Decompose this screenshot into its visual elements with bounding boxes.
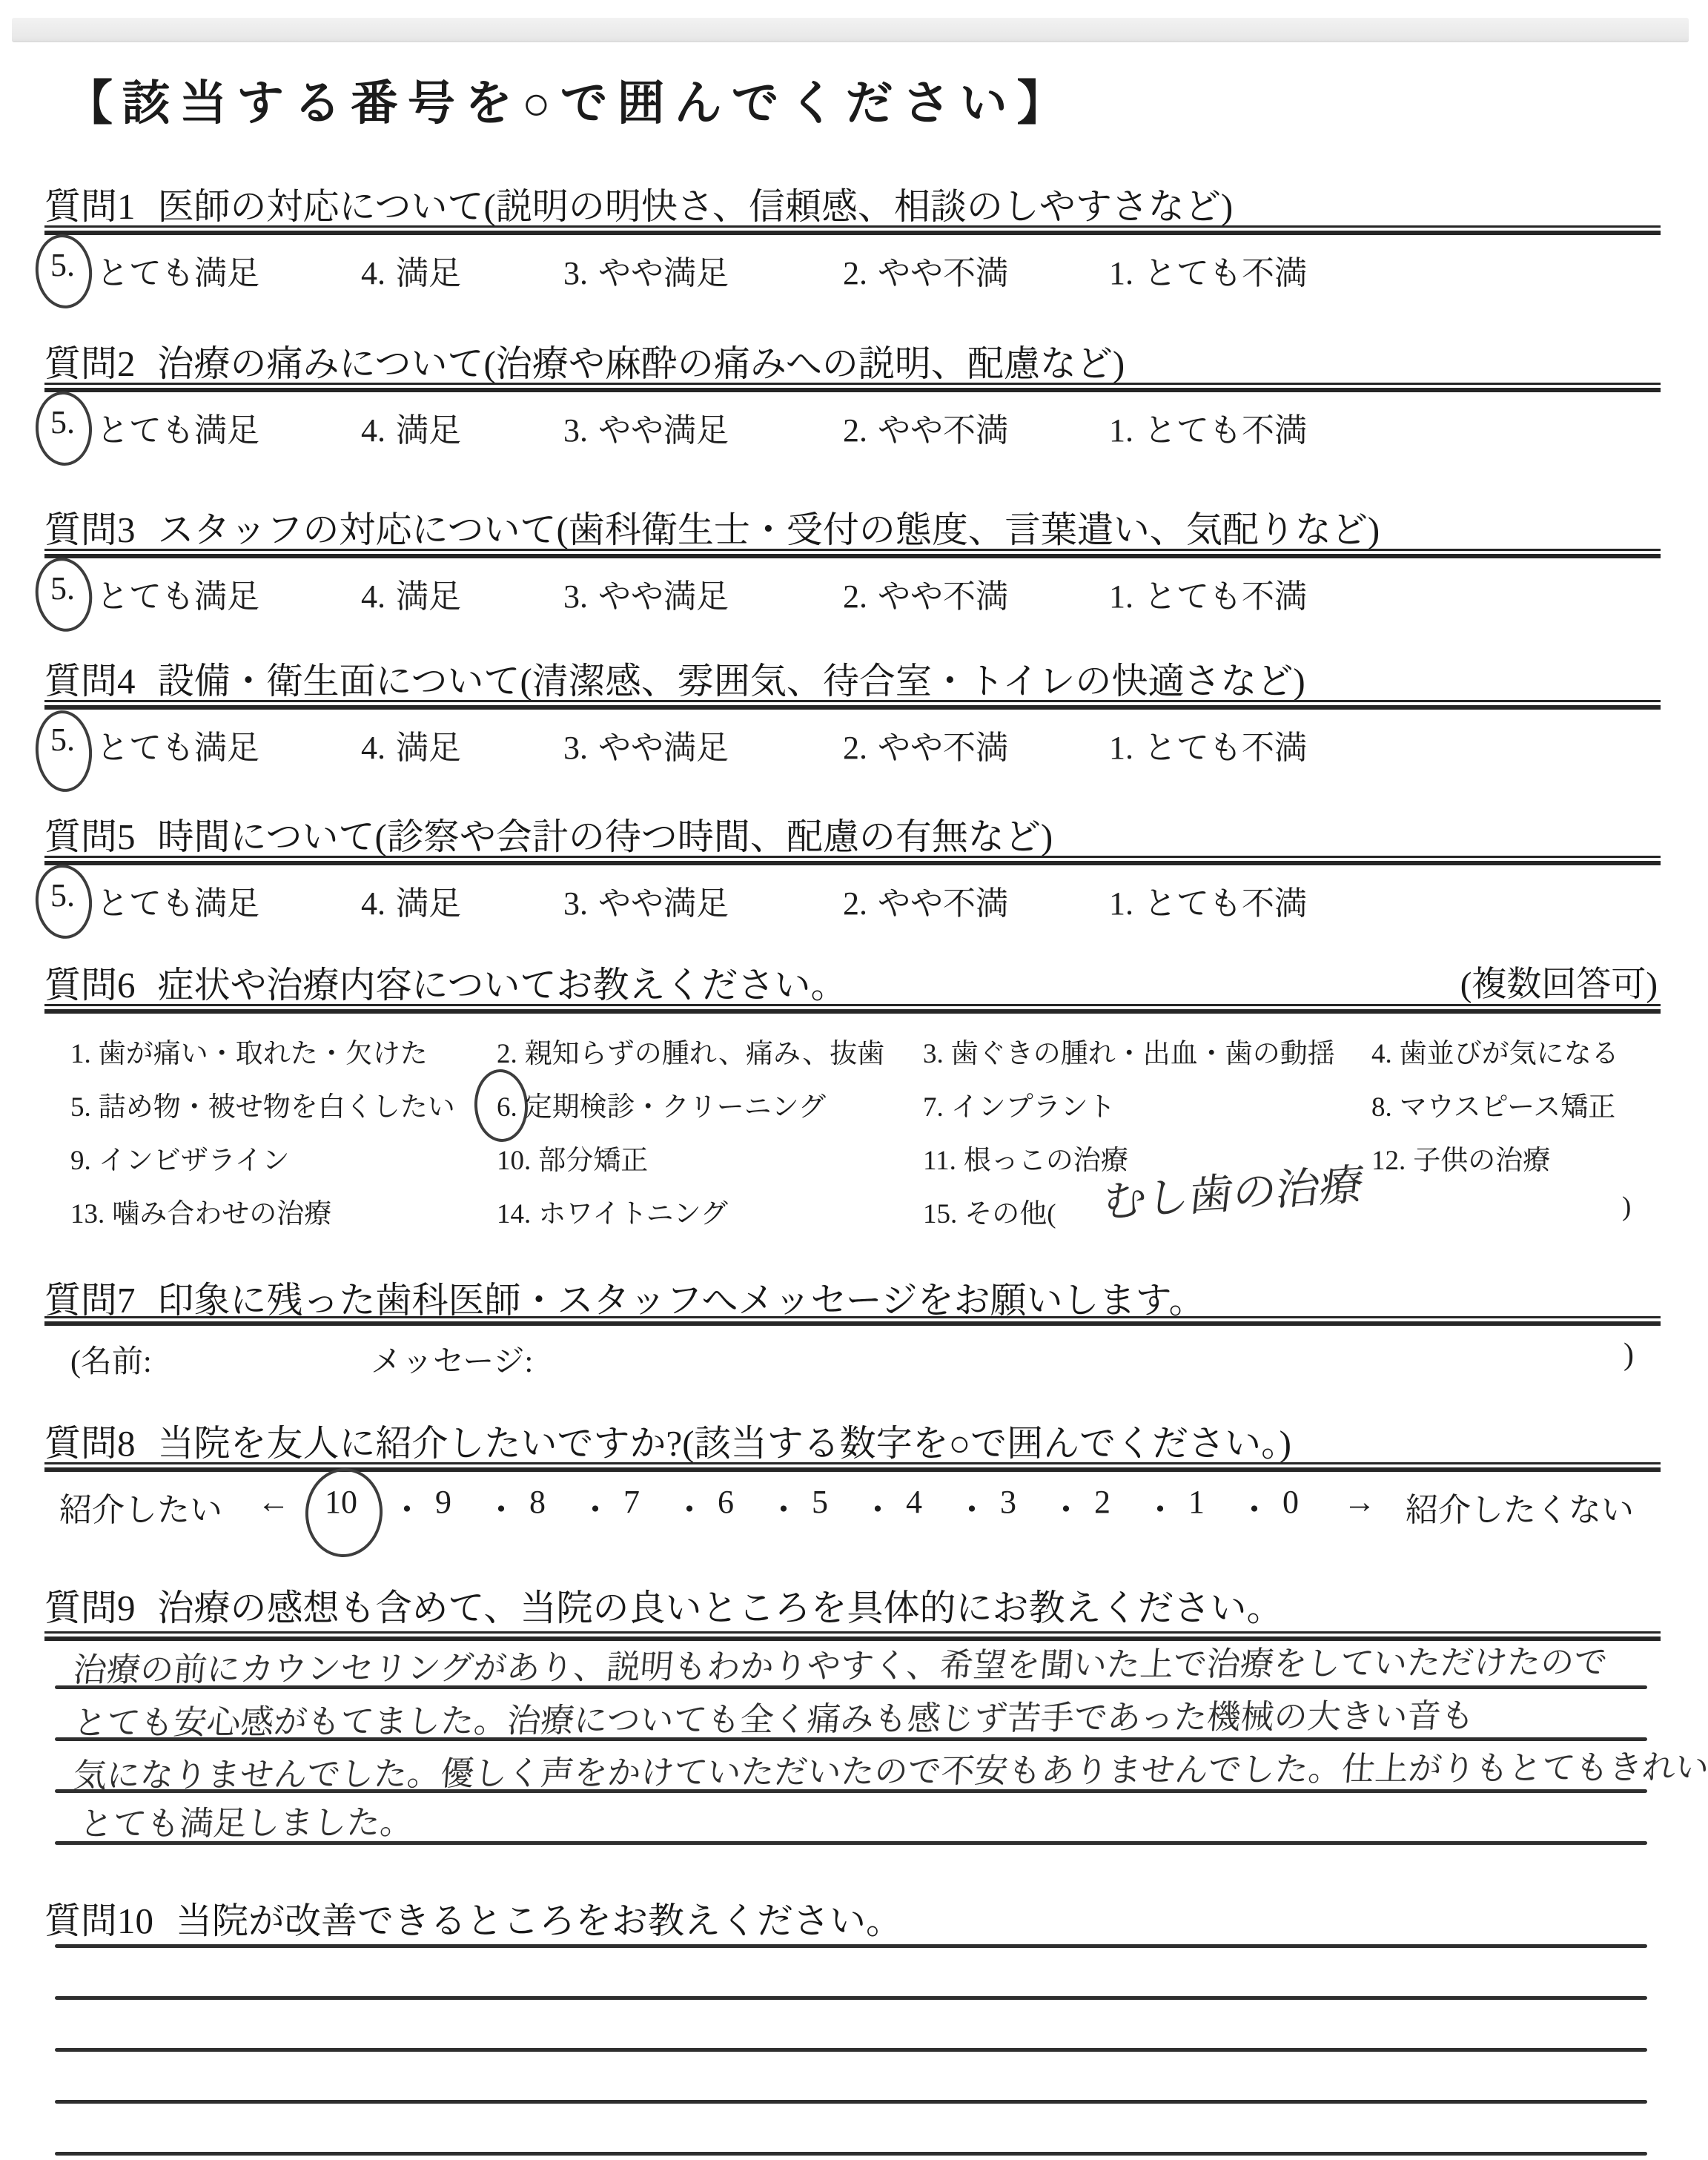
rating-option-4: 4.満足 bbox=[361, 721, 461, 768]
heading-rule bbox=[44, 383, 1661, 392]
rating-option-5-label: とても満足 bbox=[96, 721, 259, 768]
handwritten-answer-line-4: とても満足しました。 bbox=[78, 1795, 416, 1845]
question-4-heading: 質問4設備・衛生面について(清潔感、雰囲気、待合室・トイレの快適さなど) bbox=[44, 653, 1305, 704]
rating-option-1: 1.とても不満 bbox=[1109, 569, 1307, 617]
right-arrow-icon: → bbox=[1343, 1483, 1376, 1521]
symptom-item-1: 1.歯が痛い・取れた・欠けた bbox=[70, 1031, 428, 1071]
nps-left-label: 紹介したい bbox=[59, 1483, 222, 1530]
rating-option-3: 3.やや満足 bbox=[563, 721, 729, 768]
question-8-heading: 質問8当院を友人に紹介したいですか?(該当する数字を○で囲んでください。) bbox=[44, 1415, 1291, 1467]
nps-dot: ・ bbox=[861, 1483, 894, 1530]
rating-options-row: 5. とても満足 4.満足 3.やや満足 2.やや不満 1.とても不満 bbox=[44, 721, 1664, 776]
nps-dot: ・ bbox=[673, 1483, 706, 1530]
rating-option-2: 2.やや不満 bbox=[843, 403, 1008, 451]
question-text: 医師の対応について(説明の明快さ、信頼感、相談のしやすさなど) bbox=[158, 186, 1234, 227]
nps-number-1: 1 bbox=[1188, 1483, 1205, 1521]
rating-option-5-label: とても満足 bbox=[96, 876, 259, 924]
survey-scan-page: 【該当する番号を○で囲んでください】 質問1医師の対応について(説明の明快さ、信… bbox=[0, 0, 1708, 2160]
rating-option-4: 4.満足 bbox=[361, 569, 461, 617]
question-7: 質問7印象に残った歯科医師・スタッフへメッセージをお願いします。 (名前: メッ… bbox=[44, 1272, 1664, 1390]
question-text: 当院を友人に紹介したいですか?(該当する数字を○で囲んでください。) bbox=[158, 1423, 1291, 1464]
rating-option-1: 1.とても不満 bbox=[1109, 876, 1307, 924]
symptom-item-13: 13.噛み合わせの治療 bbox=[70, 1191, 331, 1231]
question-9-heading: 質問9治療の感想も含めて、当院の良いところを具体的にお教えください。 bbox=[44, 1579, 1283, 1631]
nps-dot: ・ bbox=[956, 1483, 988, 1530]
question-text: 時間について(診察や会計の待つ時間、配慮の有無など) bbox=[158, 816, 1053, 857]
question-6-heading: 質問6症状や治療内容についてお教えください。 bbox=[44, 957, 847, 1008]
rating-option-3: 3.やや満足 bbox=[563, 569, 729, 617]
question-text: 当院が改善できるところをお教えください。 bbox=[176, 1900, 902, 1941]
question-1-heading: 質問1医師の対応について(説明の明快さ、信頼感、相談のしやすさなど) bbox=[44, 178, 1233, 230]
question-text: スタッフの対応について(歯科衛生士・受付の態度、言葉遣い、気配りなど) bbox=[158, 509, 1380, 550]
scan-artifact-band bbox=[12, 18, 1689, 42]
question-number: 質問8 bbox=[44, 1415, 136, 1467]
answer-rule-line bbox=[55, 2048, 1647, 2052]
question-number: 質問10 bbox=[44, 1892, 153, 1944]
heading-rule bbox=[44, 856, 1661, 865]
page-title: 【該当する番号を○で囲んでください】 bbox=[65, 65, 1074, 133]
question-10: 質問10当院が改善できるところをお教えください。 bbox=[44, 1892, 1664, 2159]
nps-number-6: 6 bbox=[718, 1483, 734, 1521]
symptom-item-10: 10.部分矯正 bbox=[497, 1137, 648, 1178]
symptom-item-3: 3.歯ぐきの腫れ・出血・歯の動揺 bbox=[923, 1031, 1335, 1071]
symptom-item-14: 14.ホワイトニング bbox=[497, 1191, 728, 1231]
heading-rule bbox=[44, 1004, 1661, 1014]
question-text: 設備・衛生面について(清潔感、雰囲気、待合室・トイレの快適さなど) bbox=[158, 661, 1305, 701]
nps-number-3: 3 bbox=[1000, 1483, 1016, 1521]
heading-rule bbox=[44, 700, 1661, 710]
handwritten-answer-line-2: とても安心感がもてました。治療についても全く痛みも感じず苦手であった機械の大きい… bbox=[72, 1688, 1477, 1744]
nps-number-9: 9 bbox=[435, 1483, 451, 1521]
question-3: 質問3スタッフの対応について(歯科衛生士・受付の態度、言葉遣い、気配りなど) 5… bbox=[44, 501, 1664, 650]
rating-option-2: 2.やや不満 bbox=[843, 721, 1008, 768]
rating-option-4: 4.満足 bbox=[361, 876, 461, 924]
heading-rule bbox=[44, 225, 1661, 235]
rating-option-5-number: 5. bbox=[50, 246, 75, 284]
rating-option-4: 4.満足 bbox=[361, 403, 461, 451]
question-text: 印象に残った歯科医師・スタッフへメッセージをお願いします。 bbox=[158, 1280, 1205, 1321]
rating-options-row: 5. とても満足 4.満足 3.やや満足 2.やや不満 1.とても不満 bbox=[44, 246, 1664, 301]
nps-scale-row: 紹介したい ← 10 ・ 9 ・ 8 ・ 7 ・ 6 ・ 5 ・ 4 ・ 3 ・… bbox=[44, 1483, 1664, 1542]
rating-option-1: 1.とても不満 bbox=[1109, 246, 1307, 294]
other-close-paren: ) bbox=[1622, 1191, 1631, 1223]
symptom-item-4: 4.歯並びが気になる bbox=[1371, 1031, 1619, 1071]
rating-option-1: 1.とても不満 bbox=[1109, 403, 1307, 451]
nps-number-7: 7 bbox=[623, 1483, 640, 1521]
question-text: 治療の痛みについて(治療や麻酔の痛みへの説明、配慮など) bbox=[158, 343, 1125, 384]
nps-number-5: 5 bbox=[812, 1483, 828, 1521]
symptom-item-8: 8.マウスピース矯正 bbox=[1371, 1084, 1615, 1124]
question-number: 質問4 bbox=[44, 653, 136, 704]
rating-options-row: 5. とても満足 4.満足 3.やや満足 2.やや不満 1.とても不満 bbox=[44, 876, 1664, 931]
heading-rule bbox=[44, 549, 1661, 558]
question-number: 質問3 bbox=[44, 501, 136, 553]
rating-option-5-number: 5. bbox=[50, 569, 75, 607]
answer-rule-line bbox=[55, 1737, 1647, 1741]
left-arrow-icon: ← bbox=[257, 1483, 290, 1521]
answer-rule-line bbox=[55, 1944, 1647, 1948]
question-text: 治療の感想も含めて、当院の良いところを具体的にお教えください。 bbox=[158, 1588, 1283, 1628]
symptom-item-2: 2.親知らずの腫れ、痛み、抜歯 bbox=[497, 1031, 884, 1071]
symptom-item-9: 9.インビザライン bbox=[70, 1137, 290, 1178]
question-number: 質問9 bbox=[44, 1579, 136, 1631]
question-number: 質問1 bbox=[44, 178, 136, 230]
nps-number-8: 8 bbox=[529, 1483, 546, 1521]
rating-option-2: 2.やや不満 bbox=[843, 876, 1008, 924]
handwritten-other-answer: むし歯の治療 bbox=[1100, 1149, 1367, 1229]
nps-number-0: 0 bbox=[1282, 1483, 1299, 1521]
nps-dot: ・ bbox=[767, 1483, 800, 1530]
rating-option-2: 2.やや不満 bbox=[843, 246, 1008, 294]
question-2-heading: 質問2治療の痛みについて(治療や麻酔の痛みへの説明、配慮など) bbox=[44, 335, 1125, 387]
nps-dot: ・ bbox=[1144, 1483, 1176, 1530]
nps-right-label: 紹介したくない bbox=[1406, 1483, 1634, 1530]
rating-options-row: 5. とても満足 4.満足 3.やや満足 2.やや不満 1.とても不満 bbox=[44, 403, 1664, 458]
question-number: 質問2 bbox=[44, 335, 136, 387]
answer-rule-line bbox=[55, 1841, 1647, 1845]
rating-option-5-number: 5. bbox=[50, 876, 75, 914]
multi-answer-note: (複数回答可) bbox=[1460, 957, 1658, 1006]
nps-number-10: 10 bbox=[325, 1483, 357, 1521]
nps-dot: ・ bbox=[1238, 1483, 1271, 1530]
symptom-item-12: 12.子供の治療 bbox=[1371, 1137, 1550, 1178]
question-5: 質問5時間について(診察や会計の待つ時間、配慮の有無など) 5. とても満足 4… bbox=[44, 808, 1664, 957]
nps-number-2: 2 bbox=[1094, 1483, 1110, 1521]
nps-number-4: 4 bbox=[906, 1483, 922, 1521]
question-3-heading: 質問3スタッフの対応について(歯科衛生士・受付の態度、言葉遣い、気配りなど) bbox=[44, 501, 1380, 553]
question-4: 質問4設備・衛生面について(清潔感、雰囲気、待合室・トイレの快適さなど) 5. … bbox=[44, 653, 1664, 801]
question-6: 質問6症状や治療内容についてお教えください。 (複数回答可) 1.歯が痛い・取れ… bbox=[44, 957, 1664, 1253]
answer-rule-line bbox=[55, 1996, 1647, 2000]
rating-option-3: 3.やや満足 bbox=[563, 876, 729, 924]
answer-rule-line bbox=[55, 2152, 1647, 2156]
question-text: 症状や治療内容についてお教えください。 bbox=[158, 965, 847, 1005]
rating-option-3: 3.やや満足 bbox=[563, 246, 729, 294]
rating-option-2: 2.やや不満 bbox=[843, 569, 1008, 617]
question-2: 質問2治療の痛みについて(治療や麻酔の痛みへの説明、配慮など) 5. とても満足… bbox=[44, 335, 1664, 483]
question-number: 質問6 bbox=[44, 957, 136, 1008]
message-label: メッセージ: bbox=[371, 1337, 533, 1381]
handwritten-answer-line-3: 気になりませんでした。優しく声をかけていただいたので不安もありませんでした。仕上… bbox=[72, 1740, 1708, 1797]
question-1: 質問1医師の対応について(説明の明快さ、信頼感、相談のしやすさなど) 5. とて… bbox=[44, 178, 1664, 326]
question-number: 質問5 bbox=[44, 808, 136, 860]
symptom-item-5: 5.詰め物・被せ物を白くしたい bbox=[70, 1084, 455, 1124]
heading-rule bbox=[44, 1462, 1661, 1472]
handwritten-answer-line-1: 治療の前にカウンセリングがあり、説明もわかりやすく、希望を聞いた上で治療をしてい… bbox=[72, 1635, 1609, 1691]
symptom-item-15: 15.その他( bbox=[923, 1191, 1056, 1231]
rating-option-5-label: とても満足 bbox=[96, 246, 259, 294]
nps-dot: ・ bbox=[579, 1483, 612, 1530]
answer-rule-line bbox=[55, 2100, 1647, 2104]
symptom-item-6: 6.定期検診・クリーニング bbox=[497, 1084, 826, 1124]
rating-option-5-number: 5. bbox=[50, 403, 75, 441]
answer-rule-line bbox=[55, 1789, 1647, 1793]
symptom-item-7: 7.インプラント bbox=[923, 1084, 1116, 1124]
question-10-heading: 質問10当院が改善できるところをお教えください。 bbox=[44, 1892, 902, 1944]
rating-option-5-number: 5. bbox=[50, 721, 75, 759]
rating-option-1: 1.とても不満 bbox=[1109, 721, 1307, 768]
rating-option-5-label: とても満足 bbox=[96, 569, 259, 617]
nps-dot: ・ bbox=[1050, 1483, 1082, 1530]
question-5-heading: 質問5時間について(診察や会計の待つ時間、配慮の有無など) bbox=[44, 808, 1053, 860]
rating-options-row: 5. とても満足 4.満足 3.やや満足 2.やや不満 1.とても不満 bbox=[44, 569, 1664, 624]
symptom-item-11: 11.根っこの治療 bbox=[923, 1137, 1128, 1178]
name-label: (名前: bbox=[70, 1337, 152, 1381]
question-9: 質問9治療の感想も含めて、当院の良いところを具体的にお教えください。 治療の前に… bbox=[44, 1579, 1664, 1861]
close-paren: ) bbox=[1623, 1337, 1634, 1373]
question-8: 質問8当院を友人に紹介したいですか?(該当する数字を○で囲んでください。) 紹介… bbox=[44, 1415, 1664, 1563]
rating-option-5-label: とても満足 bbox=[96, 403, 259, 451]
rating-option-4: 4.満足 bbox=[361, 246, 461, 294]
nps-dot: ・ bbox=[485, 1483, 517, 1530]
heading-rule bbox=[44, 1316, 1661, 1326]
nps-dot: ・ bbox=[391, 1483, 423, 1530]
rating-option-3: 3.やや満足 bbox=[563, 403, 729, 451]
